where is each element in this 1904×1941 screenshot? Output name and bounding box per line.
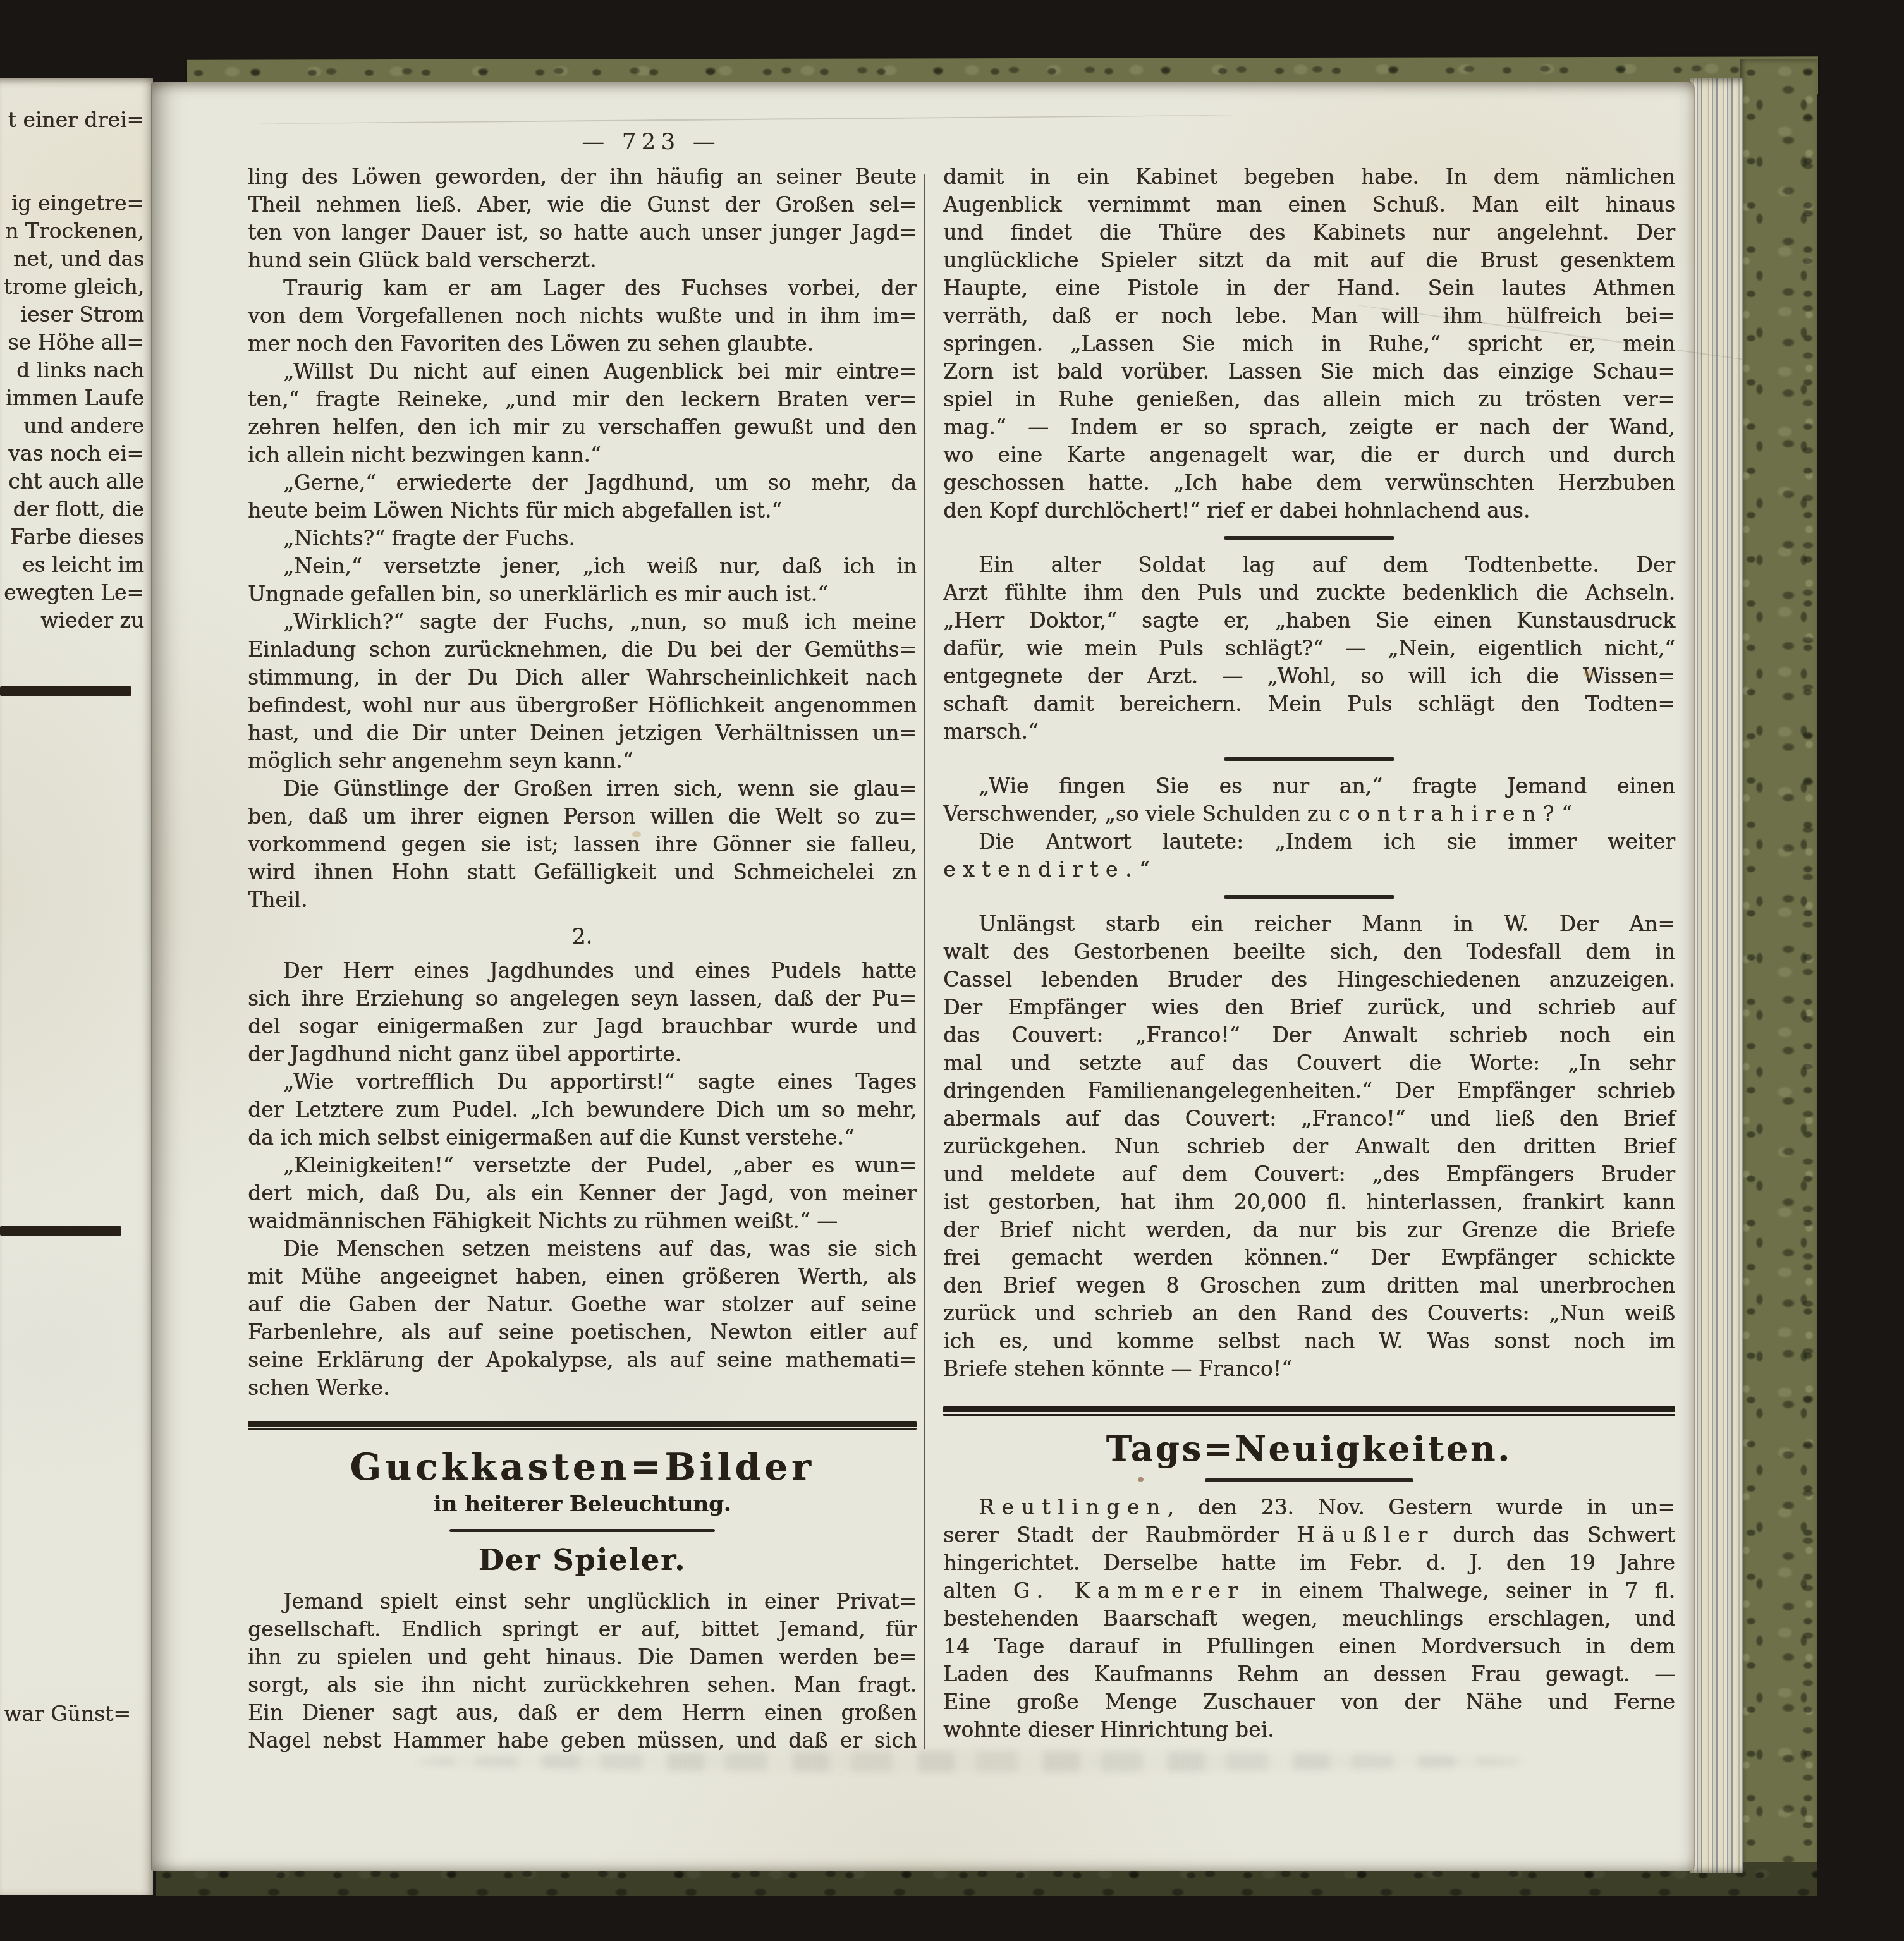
paragraph: „Nein,“ versetzte jener, „ich weiß nur, …	[248, 552, 917, 608]
imprint-show-through	[417, 1751, 1530, 1772]
text-line: „Gerne,“ erwiederte der Jagdhund, um so …	[248, 469, 917, 497]
text-line: zurückgehen. Nun schrieb der Anwalt den …	[943, 1133, 1675, 1160]
text-line: spiel in Ruhe genießen, das allein mich …	[943, 386, 1675, 413]
fable-two-text: Der Herr eines Jagdhundes und eines Pude…	[248, 957, 917, 1402]
text-line: das Couvert: „Franco!“ Der Anwalt schrie…	[943, 1021, 1675, 1049]
paragraph: „Wie fingen Sie es nur an,“ fragte Jeman…	[943, 772, 1675, 828]
facing-page-text-fragment: ieser Strom	[4, 301, 144, 329]
text-line: Einladung schon zurücknehmen, die Du bei…	[248, 636, 917, 664]
facing-page-text-fragment: immen Laufe	[4, 384, 144, 412]
heading-rule	[1205, 1478, 1413, 1482]
text-line: waidmännischen Fähigkeit Nichts zu rühme…	[248, 1207, 917, 1235]
facing-page-text-fragment: ig eingetre=	[4, 190, 144, 217]
text-line: „Willst Du nicht auf einen Augenblick be…	[248, 358, 917, 386]
photo-of-book-page: { "page_number": "— 723 —", "sliver": { …	[0, 0, 1904, 1941]
text-line: zurück und schrieb an den Rand des Couve…	[943, 1299, 1675, 1327]
news-section-rule	[943, 1406, 1675, 1416]
story-text: Jemand spielt einst sehr unglücklich in …	[248, 1588, 917, 1755]
facing-page-text-fragment: t einer drei=	[8, 106, 144, 134]
paragraph: Die Antwort lautete: „Indem ich sie imme…	[943, 828, 1675, 884]
text-line: sorgt, als sie ihn nicht zurückkehren se…	[248, 1671, 917, 1699]
text-line: „Herr Doktor,“ sagte er, „haben Sie eine…	[943, 607, 1675, 635]
text-line: wohnte dieser Hinrichtung bei.	[943, 1716, 1675, 1744]
text-line: zehren helfen, den ich mir zu verschaffe…	[248, 413, 917, 441]
text-line: „Wie vortrefflich Du apportirst!“ sagte …	[248, 1068, 917, 1096]
text-line: marsch.“	[943, 718, 1675, 746]
text-line: dafür, wie mein Puls schlägt?“ — „Nein, …	[943, 635, 1675, 662]
text-line: abermals auf das Couvert: „Franco!“ und …	[943, 1105, 1675, 1133]
text-line: vorkommend gegen sie ist; lassen ihre Gö…	[248, 831, 917, 858]
facing-page-rule-fragment	[0, 1226, 121, 1236]
story-continuation-text: damit in ein Kabinet begeben habe. In de…	[943, 163, 1675, 525]
text-line: der Letztere zum Pudel. „Ich bewundere D…	[248, 1096, 917, 1124]
text-line: „Wie fingen Sie es nur an,“ fragte Jeman…	[943, 772, 1675, 800]
facing-page-text-fragment: net, und das	[4, 245, 144, 273]
text-line: Der Empfänger wies den Brief zurück, und…	[943, 994, 1675, 1021]
facing-page-text-fragment: trome gleich,	[4, 273, 144, 301]
text-line: Augenblick vernimmt man einen Schuß. Man…	[943, 191, 1675, 219]
foxing-spot	[1584, 670, 1595, 678]
text-line: hast, und die Dir unter Deinen jetzigen …	[248, 719, 917, 747]
page-number: — 723 —	[556, 129, 746, 155]
text-line: Die Günstlinge der Großen irren sich, we…	[248, 775, 917, 803]
text-line: heute beim Löwen Nichts für mich abgefal…	[248, 497, 917, 525]
soldier-anecdote-text: Ein alter Soldat lag auf dem Todtenbette…	[943, 551, 1675, 746]
text-line: mer noch den Favoriten des Löwen zu sehe…	[248, 330, 917, 358]
text-line: hingerichtet. Derselbe hatte im Febr. d.…	[943, 1549, 1675, 1577]
text-line: den Kopf durchlöchert!“ rief er dabei ho…	[943, 497, 1675, 525]
text-line: „Kleinigkeiten!“ versetzte der Pudel, „a…	[248, 1152, 917, 1179]
facing-page-text-fragment: es leicht im	[4, 551, 144, 579]
text-line: ben, daß um ihrer eignen Person willen d…	[248, 803, 917, 831]
paragraph: damit in ein Kabinet begeben habe. In de…	[943, 163, 1675, 525]
anecdote-separator-rule	[1224, 895, 1394, 899]
text-line: Die Menschen setzen meistens auf das, wa…	[248, 1235, 917, 1263]
anecdote-separator-rule	[1224, 757, 1394, 761]
facing-page-text-fragments: ig eingetre=n Trockenen,net, und dastrom…	[4, 190, 144, 635]
section-number: 2.	[248, 923, 917, 951]
text-line: hund sein Glück bald verscherzt.	[248, 246, 917, 274]
text-line: mit Mühe angeeignet haben, einen größere…	[248, 1263, 917, 1291]
paragraph: „Wie vortrefflich Du apportirst!“ sagte …	[248, 1068, 917, 1152]
text-line: dert mich, daß Du, als ein Kenner der Ja…	[248, 1179, 917, 1207]
facing-page-text-fragment: wieder zu	[4, 607, 144, 635]
text-line: springen. „Lassen Sie mich in Ruhe,“ spr…	[943, 330, 1675, 358]
text-line: und meldete auf dem Couvert: „des Empfän…	[943, 1160, 1675, 1188]
paragraph: Reutlingen, den 23. Nov. Gestern wurde i…	[943, 1494, 1675, 1744]
text-line: alten G. Kammerer in einem Thalwege, sei…	[943, 1577, 1675, 1605]
news-section-title: Tags=Neuigkeiten.	[943, 1430, 1675, 1467]
text-line: serer Stadt der Raubmörder Häußler durch…	[943, 1521, 1675, 1549]
left-column: ling des Löwen geworden, der ihn häufig …	[248, 163, 917, 1755]
paragraph: Der Herr eines Jagdhundes und eines Pude…	[248, 957, 917, 1068]
text-line: sich ihre Erziehung so angelegen seyn la…	[248, 985, 917, 1013]
paragraph: „Nichts?“ fragte der Fuchs.	[248, 525, 917, 552]
page-stack-edges	[1690, 78, 1743, 1873]
anecdote-separator-rule	[1224, 536, 1394, 540]
text-line: „Nichts?“ fragte der Fuchs.	[248, 525, 917, 552]
text-line: Theil nehmen ließ. Aber, wie die Gunst d…	[248, 191, 917, 219]
text-line: von dem Vorgefallenen noch nichts wußte …	[248, 302, 917, 330]
letterspaced-word: extendirte.	[943, 857, 1139, 882]
text-line: Laden des Kaufmanns Rehm an dessen Frau …	[943, 1660, 1675, 1688]
letterspaced-word: Reutlingen	[979, 1495, 1168, 1519]
text-line: ich es, und komme selbst nach W. Was son…	[943, 1327, 1675, 1355]
book-page-723: — 723 — ling des Löwen geworden, der ihn…	[152, 82, 1694, 1871]
foxing-spot	[632, 831, 641, 837]
text-line: dringenden Familienangelegenheiten.“ Der…	[943, 1077, 1675, 1105]
text-line: den Brief wegen 8 Groschen zum dritten m…	[943, 1272, 1675, 1299]
text-line: verräth, daß er noch lebe. Man will ihm …	[943, 302, 1675, 330]
text-line: schaft damit bereichern. Mein Puls schlä…	[943, 690, 1675, 718]
text-line: del sogar einigermaßen zur Jagd brauchba…	[248, 1013, 917, 1040]
column-divider-rule	[924, 174, 925, 1749]
text-line: Cassel lebenden Bruder des Hingeschieden…	[943, 966, 1675, 994]
letterspaced-word: contrahiren?	[1338, 801, 1561, 826]
paragraph: Ein alter Soldat lag auf dem Todtenbette…	[943, 551, 1675, 746]
text-line: Nagel nebst Hammer habe geben müssen, un…	[248, 1727, 917, 1755]
paragraph: Die Menschen setzen meistens auf das, wa…	[248, 1235, 917, 1402]
paragraph: ling des Löwen geworden, der ihn häufig …	[248, 163, 917, 274]
facing-page-text-fragment: war Günst=	[4, 1700, 124, 1728]
facing-page-text-fragment: ewegten Le=	[4, 579, 144, 607]
text-line: Traurig kam er am Lager des Fuchses vorb…	[248, 274, 917, 302]
facing-page-rule-fragment	[0, 686, 131, 696]
text-line: Zorn ist bald vorüber. Lassen Sie mich d…	[943, 358, 1675, 386]
text-line: und findet die Thüre des Kabinets nur an…	[943, 219, 1675, 246]
feature-subtitle: in heiterer Beleuchtung.	[248, 1491, 917, 1518]
text-line: ich allein nicht bezwingen kann.“	[248, 441, 917, 469]
paragraph: Traurig kam er am Lager des Fuchses vorb…	[248, 274, 917, 358]
paragraph: „Kleinigkeiten!“ versetzte der Pudel, „a…	[248, 1152, 917, 1235]
facing-page-text-fragment: und andere	[4, 412, 144, 440]
facing-page-text-fragment: se Höhe all=	[4, 329, 144, 356]
text-line: Ein alter Soldat lag auf dem Todtenbette…	[943, 551, 1675, 579]
text-line: Reutlingen, den 23. Nov. Gestern wurde i…	[943, 1494, 1675, 1521]
debts-anecdote-text: „Wie fingen Sie es nur an,“ fragte Jeman…	[943, 772, 1675, 884]
paragraph: Unlängst starb ein reicher Mann in W. De…	[943, 910, 1675, 1383]
text-line: Ein Diener sagt aus, daß er dem Herrn ei…	[248, 1699, 917, 1727]
facing-page-text-fragment: der flott, die	[4, 496, 144, 523]
facing-page-text-fragment: n Trockenen,	[4, 217, 144, 245]
foxing-spot	[1138, 1477, 1144, 1482]
letterspaced-word: G. Kammerer	[1013, 1578, 1245, 1603]
facing-page-text-fragment: cht auch alle	[4, 468, 144, 496]
story-title: Der Spieler.	[248, 1543, 917, 1576]
text-line: wird ihnen Hohn statt Gefälligkeit und S…	[248, 858, 917, 886]
text-line: 14 Tage darauf in Pfullingen einen Mordv…	[943, 1633, 1675, 1660]
text-line: auf die Gaben der Natur. Goethe war stol…	[248, 1291, 917, 1318]
text-line: Die Antwort lautete: „Indem ich sie imme…	[943, 828, 1675, 856]
feature-title: Guckkasten=Bilder	[248, 1447, 917, 1487]
text-line: damit in ein Kabinet begeben habe. In de…	[943, 163, 1675, 191]
text-line: walt des Gestorbenen beeilte sich, den T…	[943, 938, 1675, 966]
section-separator-rule	[248, 1421, 917, 1430]
text-line: Haupte, eine Pistole in der Hand. Sein l…	[943, 274, 1675, 302]
text-line: schen Werke.	[248, 1374, 917, 1402]
news-report-text: Reutlingen, den 23. Nov. Gestern wurde i…	[943, 1494, 1675, 1744]
text-line: möglich sehr angenehm seyn kann.“	[248, 747, 917, 775]
text-line: seine Erklärung der Apokalypse, als auf …	[248, 1346, 917, 1374]
paragraph: Jemand spielt einst sehr unglücklich in …	[248, 1588, 917, 1755]
paragraph: „Willst Du nicht auf einen Augenblick be…	[248, 358, 917, 469]
franco-anecdote-text: Unlängst starb ein reicher Mann in W. De…	[943, 910, 1675, 1383]
text-line: der Jagdhund nicht ganz übel apportirte.	[248, 1040, 917, 1068]
paper-crease	[259, 114, 1233, 124]
text-line: mal und setzte auf das Couvert die Worte…	[943, 1049, 1675, 1077]
text-line: „Wirklich?“ sagte der Fuchs, „nun, so mu…	[248, 608, 917, 636]
text-line: extendirte.“	[943, 856, 1675, 884]
text-line: Briefe stehen könnte — Franco!“	[943, 1355, 1675, 1383]
text-line: Der Herr eines Jagdhundes und eines Pude…	[248, 957, 917, 985]
text-line: entgegnete der Arzt. — „Wohl, so will ic…	[943, 662, 1675, 690]
text-line: unglückliche Spieler sitzt da mit auf di…	[943, 246, 1675, 274]
text-line: ten,“ fragte Reineke, „und mir den lecke…	[248, 386, 917, 413]
paragraph: Die Günstlinge der Großen irren sich, we…	[248, 775, 917, 914]
text-line: bestehenden Baarschaft wegen, meuchlings…	[943, 1605, 1675, 1633]
text-line: Theil.	[248, 886, 917, 914]
text-line: Verschwender, „so viele Schulden zu cont…	[943, 800, 1675, 828]
facing-page-text-fragment: Farbe dieses	[4, 523, 144, 551]
text-line: geschossen hatte. „Ich habe dem verwünsc…	[943, 469, 1675, 497]
text-line: frei gemacht werden können.“ Der Ewpfäng…	[943, 1244, 1675, 1272]
facing-page-sliver: t einer drei= ig eingetre=n Trockenen,ne…	[0, 78, 153, 1895]
text-line: stimmung, in der Du Dich aller Wahrschei…	[248, 664, 917, 691]
heading-rule	[449, 1529, 715, 1532]
text-line: Jemand spielt einst sehr unglücklich in …	[248, 1588, 917, 1615]
fable-conclusion-text: ling des Löwen geworden, der ihn häufig …	[248, 163, 917, 914]
text-line: Eine große Menge Zuschauer von der Nähe …	[943, 1688, 1675, 1716]
text-line: ist gestorben, hat ihm 20,000 fl. hinter…	[943, 1188, 1675, 1216]
text-line: ten von langer Dauer ist, so hatte auch …	[248, 219, 917, 246]
text-line: Farbenlehre, als auf seine poetischen, N…	[248, 1318, 917, 1346]
text-line: gesellschaft. Endlich springt er auf, bi…	[248, 1615, 917, 1643]
text-line: ling des Löwen geworden, der ihn häufig …	[248, 163, 917, 191]
text-line: wo eine Karte angenagelt war, die er dur…	[943, 441, 1675, 469]
text-line: der Brief nicht werden, da nur bis zur G…	[943, 1216, 1675, 1244]
facing-page-text-fragment: vas noch ei=	[4, 440, 144, 468]
text-line: befindest, wohl nur aus übergroßer Höfli…	[248, 691, 917, 719]
facing-page-text-fragment: d links nach	[4, 356, 144, 384]
book-cover-fore-edge	[1740, 59, 1817, 1882]
right-column: damit in ein Kabinet begeben habe. In de…	[943, 163, 1675, 1744]
text-line: Unlängst starb ein reicher Mann in W. De…	[943, 910, 1675, 938]
text-line: da ich mich selbst einigermaßen auf die …	[248, 1124, 917, 1152]
text-line: „Nein,“ versetzte jener, „ich weiß nur, …	[248, 552, 917, 580]
text-line: mag.“ — Indem er so sprach, zeigte er na…	[943, 413, 1675, 441]
paragraph: „Wirklich?“ sagte der Fuchs, „nun, so mu…	[248, 608, 917, 775]
text-line: Arzt fühlte ihm den Puls und zuckte bede…	[943, 579, 1675, 607]
text-line: Ungnade gefallen bin, so unerklärlich es…	[248, 580, 917, 608]
text-line: ihn zu spielen und geht hinaus. Die Dame…	[248, 1643, 917, 1671]
paragraph: „Gerne,“ erwiederte der Jagdhund, um so …	[248, 469, 917, 525]
letterspaced-word: Häußler	[1297, 1523, 1434, 1547]
